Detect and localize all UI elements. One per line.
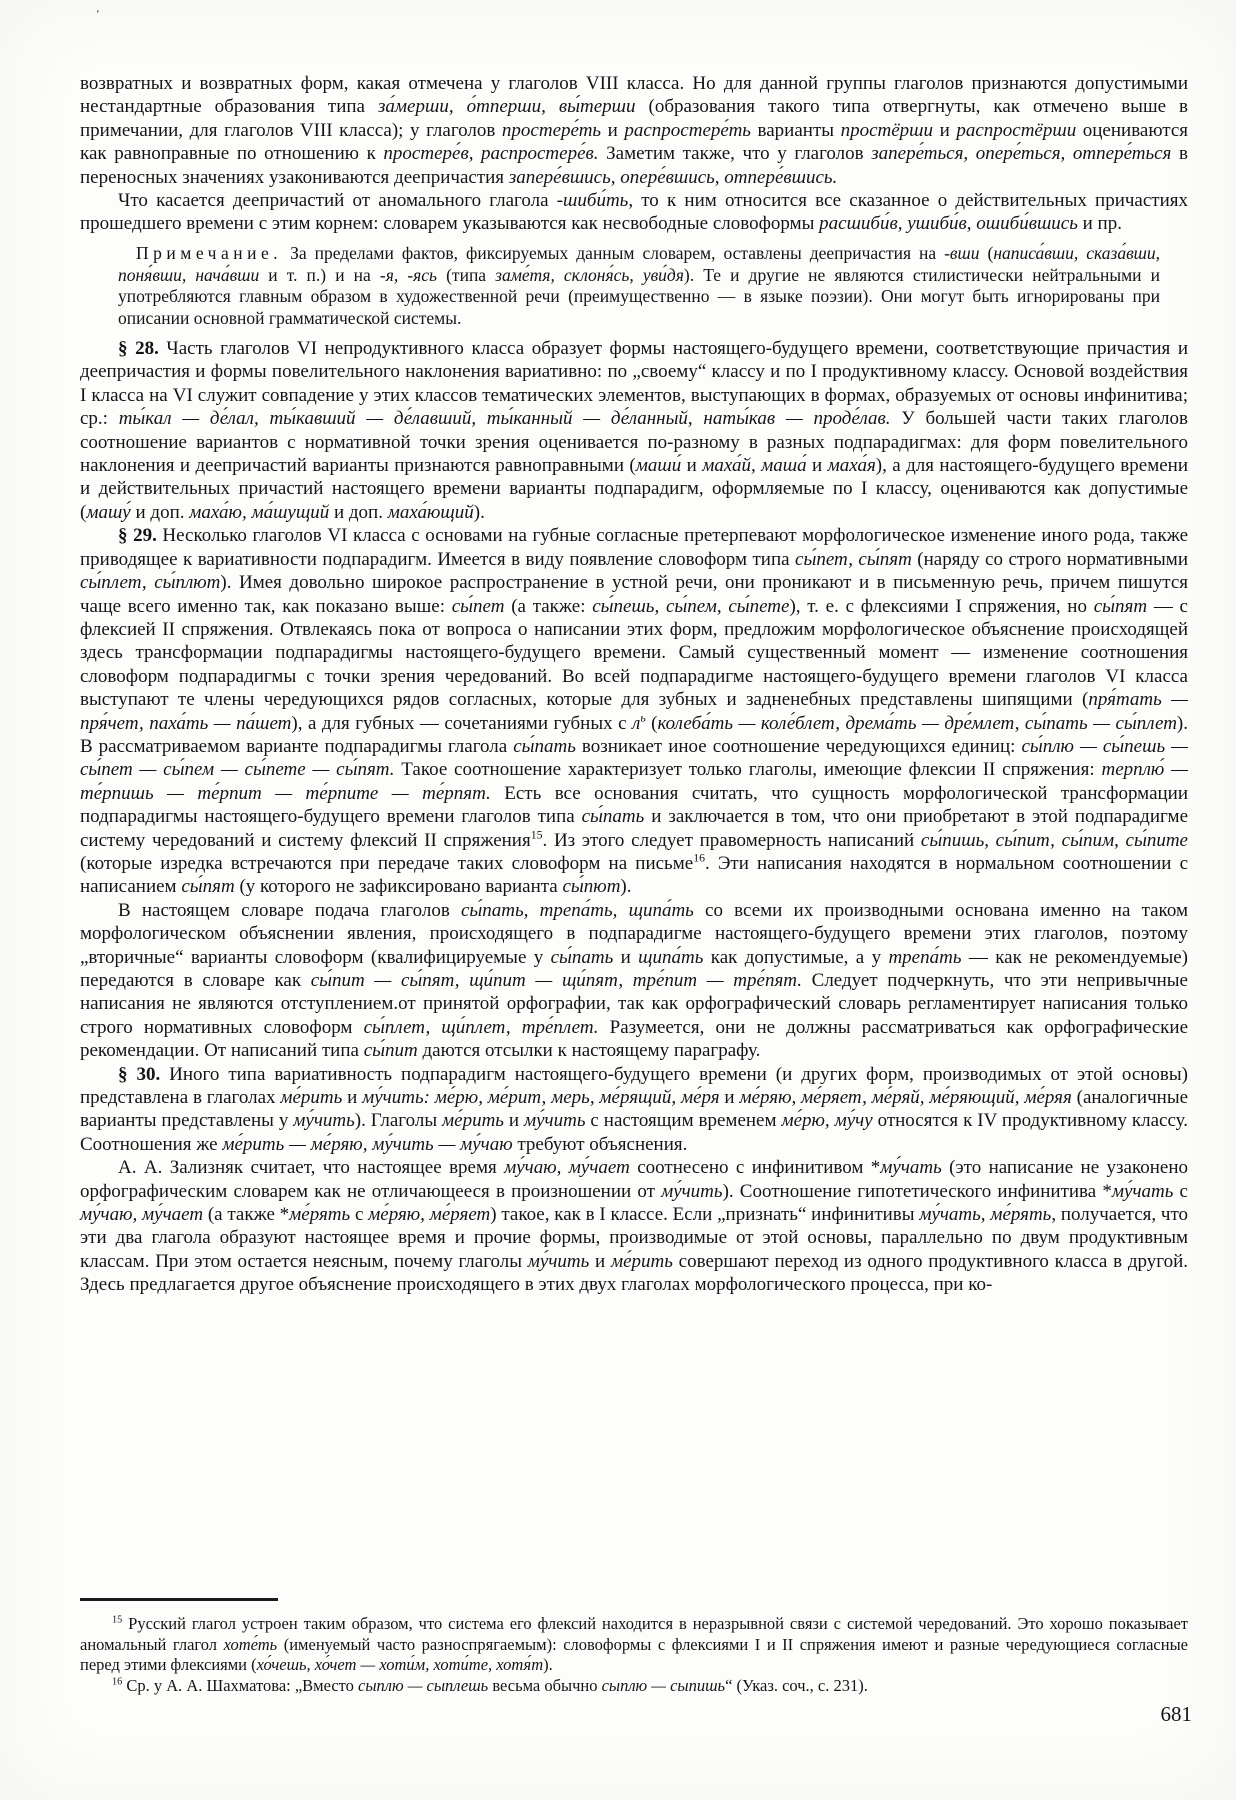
footnote: 16 Ср. у А. А. Шахматова: „Вместо сыплю … [80,1676,1188,1697]
paragraph: Что касается деепричастий от аномального… [80,189,1188,236]
main-text-block: возвратных и возвратных форм, какая отме… [80,72,1188,1297]
paragraph: возвратных и возвратных форм, какая отме… [80,72,1188,189]
paragraph: § 28. Часть глаголов VI непродуктивного … [80,337,1188,524]
page-number: 681 [1122,1702,1192,1727]
footnote: 15 Русский глагол устроен таким образом,… [80,1614,1188,1676]
book-page: ‘ возвратных и возвратных форм, какая от… [0,0,1236,1800]
paragraph: § 29. Несколько глаголов VI класса с осн… [80,524,1188,899]
footnotes-block: 15 Русский глагол устроен таким образом,… [80,1614,1188,1696]
footnote-divider [80,1598,278,1601]
paragraph: В настоящем словаре подача глаголов сы́п… [80,899,1188,1063]
paragraph: А. А. Зализняк считает, что настоящее вр… [80,1156,1188,1296]
note-paragraph: Примечание. За пределами фактов, фиксиру… [118,243,1160,330]
scan-speck: ‘ [96,8,100,20]
paragraph: § 30. Иного типа вариативность подпаради… [80,1063,1188,1157]
